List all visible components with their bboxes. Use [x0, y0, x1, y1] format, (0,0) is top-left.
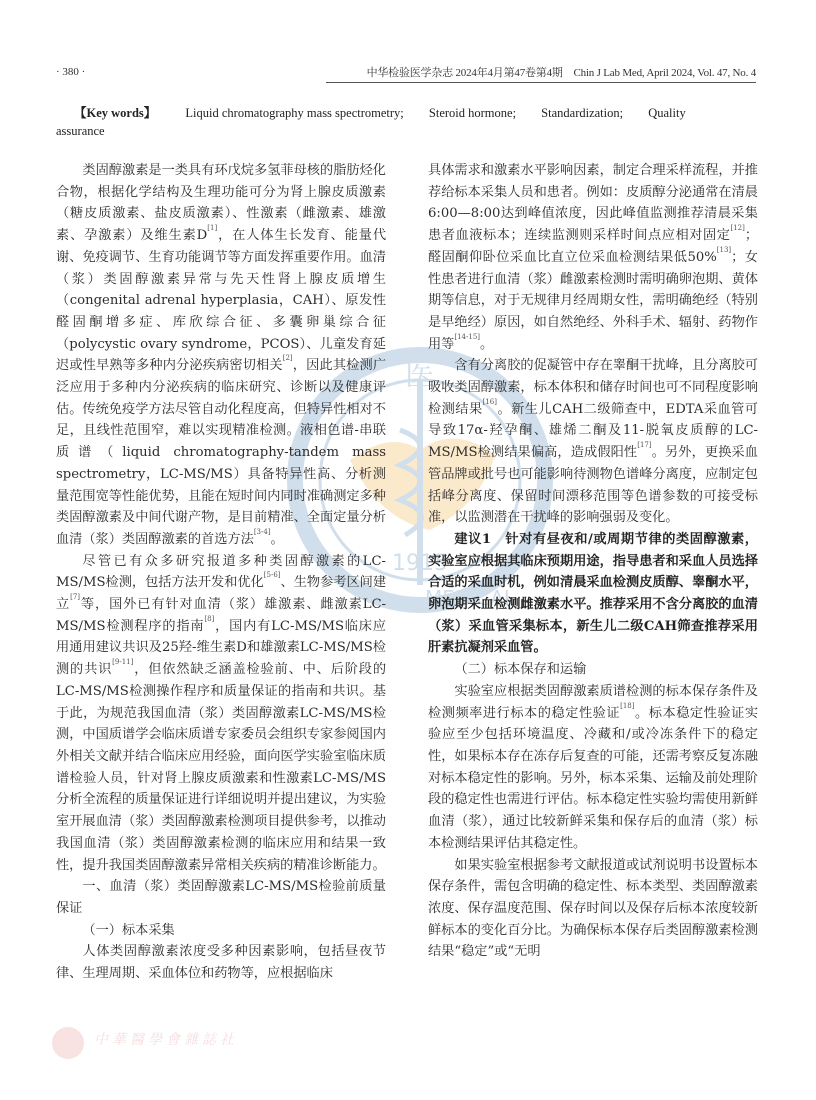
publisher-watermark: 中華醫學會雜誌社 — [50, 1025, 350, 1065]
running-head: 中华检验医学杂志 2024年4月第47卷第4期 Chin J Lab Med, … — [326, 64, 756, 83]
keywords-label: 【Key words】 — [74, 106, 156, 120]
right-column: 具体需求和激素水平影响因素，制定合理采样流程，并推荐给标本采集人员和患者。例如：… — [428, 160, 758, 963]
paragraph: 如果实验室根据参考文献报道或试剂说明书设置标本保存条件，需包含明确的稳定性、标本… — [428, 855, 758, 964]
left-column: 类固醇激素是一类具有环戊烷多氢菲母核的脂肪烃化合物，根据化学结构及生理功能可分为… — [56, 160, 386, 985]
paragraph: 类固醇激素是一类具有环戊烷多氢菲母核的脂肪烃化合物，根据化学结构及生理功能可分为… — [56, 160, 386, 551]
keyword-item: Standardization; — [541, 106, 623, 120]
keyword-item: Liquid chromatography mass spectrometry; — [185, 106, 403, 120]
subsection-heading: （一）标本采集 — [56, 920, 386, 942]
paragraph-continued: 具体需求和激素水平影响因素，制定合理采样流程，并推荐给标本采集人员和患者。例如：… — [428, 160, 758, 355]
publisher-watermark-text: 中華醫學會雜誌社 — [94, 1029, 238, 1049]
paragraph: 实验室应根据类固醇激素质谱检测的标本保存条件及检测频率进行标本的稳定性验证[18… — [428, 681, 758, 855]
subsection-heading: （二）标本保存和运输 — [428, 659, 758, 681]
keyword-item: Steroid hormone; — [429, 106, 516, 120]
publisher-logo-icon — [50, 1025, 86, 1061]
page-number: · 380 · — [56, 66, 85, 78]
paragraph: 尽管已有众多研究报道多种类固醇激素的LC-MS/MS检测，包括方法开发和优化[5… — [56, 551, 386, 877]
keywords-block: 【Key words】 Liquid chromatography mass s… — [56, 104, 756, 140]
paragraph: 含有分离胶的促凝管中存在睾酮干扰峰，且分离胶可吸收类固醇激素，标本体积和储存时间… — [428, 355, 758, 529]
paragraph: 人体类固醇激素浓度受多种因素影响，包括昼夜节律、生理周期、采血体位和药物等，应根… — [56, 941, 386, 984]
recommendation-1: 建议1 针对有昼夜和/或周期节律的类固醇激素，实验室应根据其临床预期用途，指导患… — [428, 529, 758, 659]
section-heading: 一、血清（浆）类固醇激素LC-MS/MS检验前质量保证 — [56, 876, 386, 919]
